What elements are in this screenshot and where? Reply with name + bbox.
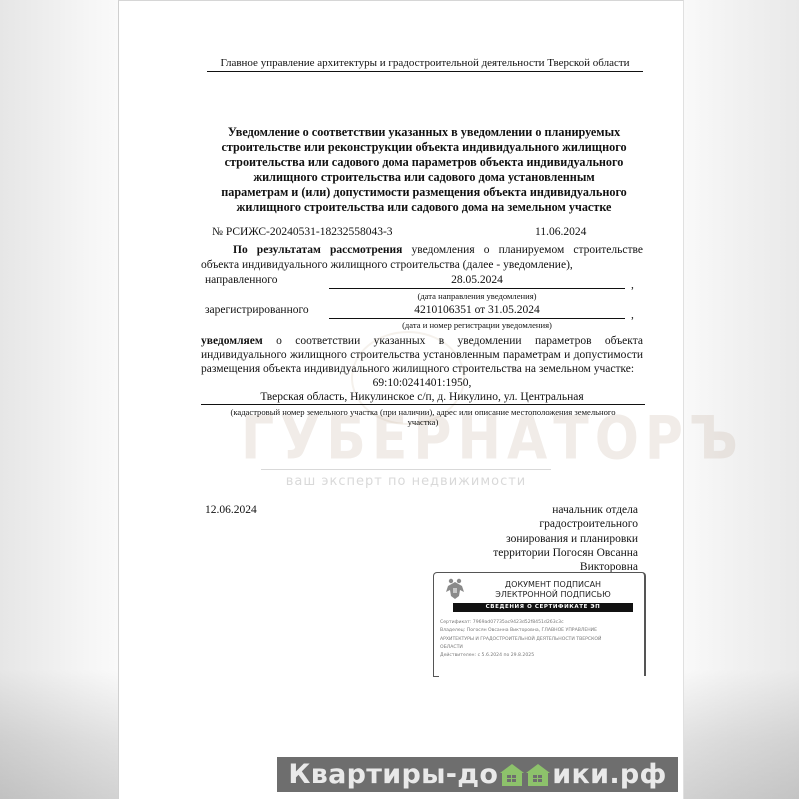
- document-title: Уведомление о соответствии указанных в у…: [189, 125, 659, 216]
- sent-comma: ,: [631, 278, 634, 292]
- cadastral-number: 69:10:0241401:1950,: [201, 376, 643, 390]
- title-line: строительства или садового дома параметр…: [189, 155, 659, 170]
- notify-line-1: уведомляем о соответствии указанных в ув…: [201, 334, 643, 348]
- certificate-owner: Владелец: Погосян Овсанна Викторовна, ГЛ…: [440, 627, 640, 635]
- intro-bold: По результатам рассмотрения: [233, 244, 402, 256]
- sent-date: 28.05.2024: [329, 273, 625, 287]
- banner-text-start: Квартиры-до: [288, 759, 498, 790]
- notify-bold: уведомляем: [201, 335, 263, 347]
- banner-text-end: ики.рф: [552, 759, 666, 790]
- certificate-info-bar: СВЕДЕНИЯ О СЕРТИФИКАТЕ ЭП: [453, 603, 633, 612]
- signer-line: территории Погосян Овсанна: [419, 546, 638, 560]
- houses-icon: [499, 764, 551, 786]
- title-line: жилищного строительства или садового дом…: [189, 170, 659, 185]
- registered-label: зарегистрированного: [205, 303, 309, 317]
- sent-caption: (дата направления уведомления): [329, 291, 625, 301]
- stamp-heading-line: ДОКУМЕНТ ПОДПИСАН: [478, 580, 628, 590]
- sent-underline: [329, 288, 625, 289]
- sent-label: направленного: [205, 273, 277, 287]
- notify-line-2: индивидуального жилищного строительства …: [201, 348, 643, 362]
- document-date: 11.06.2024: [535, 225, 586, 239]
- registered-caption: (дата и номер регистрации уведомления): [329, 320, 625, 330]
- address-underline: [201, 404, 645, 405]
- title-line: параметрам и (или) допустимости размещен…: [189, 185, 659, 200]
- notify-line-3: размещения объекта индивидуального жилищ…: [201, 362, 634, 376]
- intro-line-1: По результатам рассмотрения уведомления …: [233, 243, 643, 257]
- registered-underline: [329, 318, 625, 319]
- signature-date: 12.06.2024: [205, 503, 257, 517]
- title-line: жилищного строительства или садового дом…: [189, 200, 659, 215]
- certificate-owner: АРХИТЕКТУРЫ И ГРАДОСТРОИТЕЛЬНОЙ ДЕЯТЕЛЬН…: [440, 636, 640, 644]
- intro-rest: уведомления о планируемом строительстве: [411, 244, 643, 256]
- intro-line-2: объекта индивидуального жилищного строит…: [201, 258, 573, 272]
- signer-line: начальник отдела: [419, 503, 638, 517]
- watermark-rule: [261, 469, 551, 470]
- certificate-validity: Действителен: с 5.6.2024 по 29.8.2025: [440, 652, 640, 660]
- document-number: № РСИЖС-20240531-18232558043-3: [212, 225, 393, 239]
- certificate-details: Сертификат: 7969ad07735ac9423d52f8451d26…: [440, 619, 640, 660]
- registered-comma: ,: [631, 308, 634, 322]
- registration-number: 4210106351 от 31.05.2024: [329, 303, 625, 317]
- certificate-owner: ОБЛАСТИ: [440, 644, 640, 652]
- watermark-subtitle: ваш эксперт по недвижимости: [241, 474, 571, 489]
- signer-block: начальник отдела градостроительного зони…: [419, 503, 638, 574]
- address-caption-1: (кадастровый номер земельного участка (п…: [201, 407, 645, 417]
- signer-line: градостроительного: [419, 517, 638, 531]
- issuing-authority: Главное управление архитектуры и градост…: [207, 56, 643, 72]
- notify-rest: о соответствии указанных в уведомлении п…: [276, 335, 643, 347]
- document-page: Главное управление архитектуры и градост…: [118, 0, 684, 799]
- address-caption-2: участка): [201, 417, 645, 427]
- stamp-heading: ДОКУМЕНТ ПОДПИСАН ЭЛЕКТРОННОЙ ПОДПИСЬЮ: [478, 580, 628, 600]
- coat-of-arms-icon: [444, 577, 466, 601]
- title-line: Уведомление о соответствии указанных в у…: [189, 125, 659, 140]
- certificate-id: Сертификат: 7969ad07735ac9423d52f8451d26…: [440, 619, 640, 627]
- e-signature-stamp: ДОКУМЕНТ ПОДПИСАН ЭЛЕКТРОННОЙ ПОДПИСЬЮ С…: [433, 572, 646, 676]
- title-line: строительстве или реконструкции объекта …: [189, 140, 659, 155]
- signer-line: зонирования и планировки: [419, 532, 638, 546]
- stamp-heading-line: ЭЛЕКТРОННОЙ ПОДПИСЬЮ: [478, 590, 628, 600]
- site-watermark-banner: Квартиры-до ики.рф: [277, 757, 678, 792]
- land-address: Тверская область, Никулинское с/п, д. Ни…: [201, 390, 643, 404]
